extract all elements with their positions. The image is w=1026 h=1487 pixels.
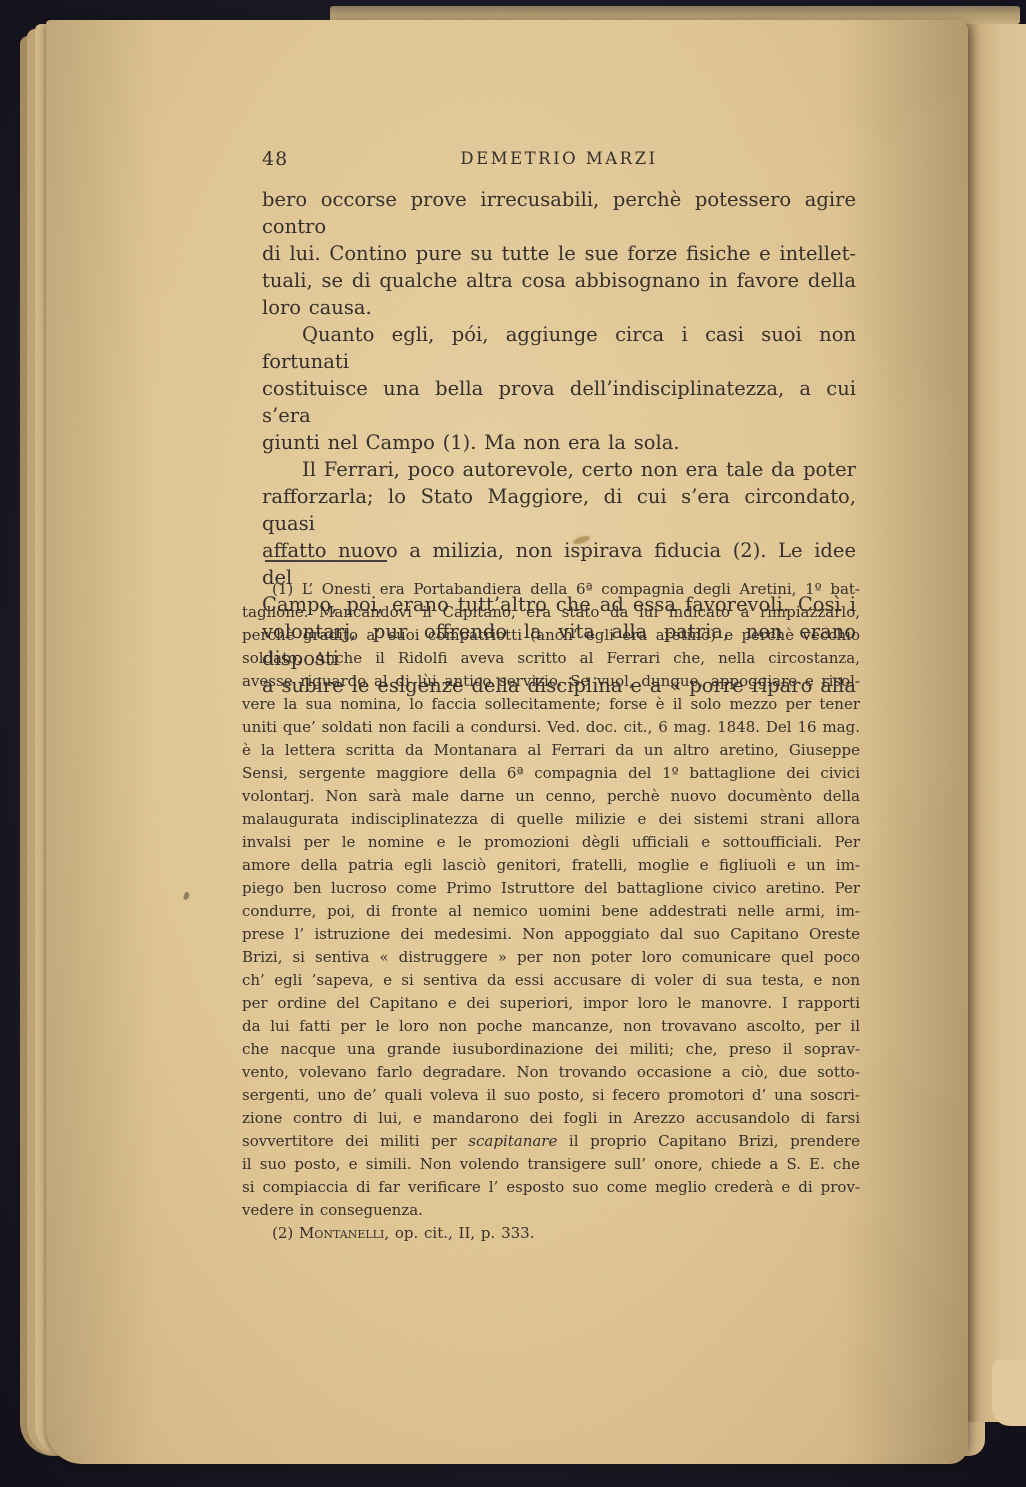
text-line: costituisce una bella prova dell’indisci… <box>262 375 856 429</box>
text-line: rafforzarla; lo Stato Maggiore, di cui s… <box>262 483 856 537</box>
text-line: amore della patria egli lasciò genitori,… <box>242 854 860 877</box>
adjacent-page-corner <box>992 1360 1026 1426</box>
text-line: soldato. Anche il Ridolfi aveva scritto … <box>242 647 860 670</box>
text-line: (2) Montanelli, op. cit., II, p. 333. <box>242 1222 860 1245</box>
text-line: volontarj. Non sarà male darne un cenno,… <box>242 785 860 808</box>
text-line: che nacque una grande iusubordinazione d… <box>242 1038 860 1061</box>
text-line: loro causa. <box>262 294 856 321</box>
text-line: Sensi, sergente maggiore della 6ª compag… <box>242 762 860 785</box>
text-line: bero occorse prove irrecusabili, perchè … <box>262 186 856 240</box>
text-line: avesse riguardo al di lùi antico servizi… <box>242 670 860 693</box>
text-line: di lui. Contino pure su tutte le sue for… <box>262 240 856 267</box>
adjacent-page-edge <box>962 24 1026 1422</box>
text-line: vedere in conseguenza. <box>242 1199 860 1222</box>
text-line: vento, volevano farlo degradare. Non tro… <box>242 1061 860 1084</box>
running-head: DEMETRIO MARZI <box>262 149 856 168</box>
text-line: invalsi per le nomine e le promozioni dè… <box>242 831 860 854</box>
text-line: sovvertitore dei militi per scapitanare … <box>242 1130 860 1153</box>
text-line: taglione. Mancandovi il Capitano, era st… <box>242 601 860 624</box>
text-line: ch’ egli ’sapeva, e si sentiva da essi a… <box>242 969 860 992</box>
text-line: Il Ferrari, poco autorevole, certo non e… <box>262 456 856 483</box>
book-page: 48 DEMETRIO MARZI bero occorse prove irr… <box>46 20 968 1464</box>
text-line: Quanto egli, pói, aggiunge circa i casi … <box>262 321 856 375</box>
page-header: 48 DEMETRIO MARZI <box>262 146 856 172</box>
text-line: (1) L’ Onesti era Portabandiera della 6ª… <box>242 578 860 601</box>
text-line: zione contro di lui, e mandarono dei fog… <box>242 1107 860 1130</box>
text-line: perchè gradito a’ suoi compatriotti (anc… <box>242 624 860 647</box>
text-line: uniti que’ soldati non facili a condursi… <box>242 716 860 739</box>
text-line: condurre, poi, di fronte al nemico uomin… <box>242 900 860 923</box>
text-line: piego ben lucroso come Primo Istruttore … <box>242 877 860 900</box>
text-line: Brizi, si sentiva « distruggere » per no… <box>242 946 860 969</box>
text-line: prese l’ istruzione dei medesimi. Non ap… <box>242 923 860 946</box>
text-line: si compiaccia di far verificare l’ espos… <box>242 1176 860 1199</box>
book-photo: 48 DEMETRIO MARZI bero occorse prove irr… <box>0 0 1026 1487</box>
text-line: malaugurata indisciplinatezza di quelle … <box>242 808 860 831</box>
footnotes: (1) L’ Onesti era Portabandiera della 6ª… <box>242 578 860 1245</box>
text-line: è la lettera scritta da Montanara al Fer… <box>242 739 860 762</box>
text-line: sergenti, uno de’ quali voleva il suo po… <box>242 1084 860 1107</box>
text-line: giunti nel Campo (1). Ma non era la sola… <box>262 429 856 456</box>
text-line: vere la sua nomina, lo faccia sollecitam… <box>242 693 860 716</box>
ink-speck <box>183 891 190 900</box>
text-line: tuali, se di qualche altra cosa abbisogn… <box>262 267 856 294</box>
text-line: per ordine del Capitano e dei superiori,… <box>242 992 860 1015</box>
text-line: da lui fatti per le loro non poche manca… <box>242 1015 860 1038</box>
text-line: il suo posto, e simili. Non volendo tran… <box>242 1153 860 1176</box>
footnote-separator <box>265 560 387 562</box>
